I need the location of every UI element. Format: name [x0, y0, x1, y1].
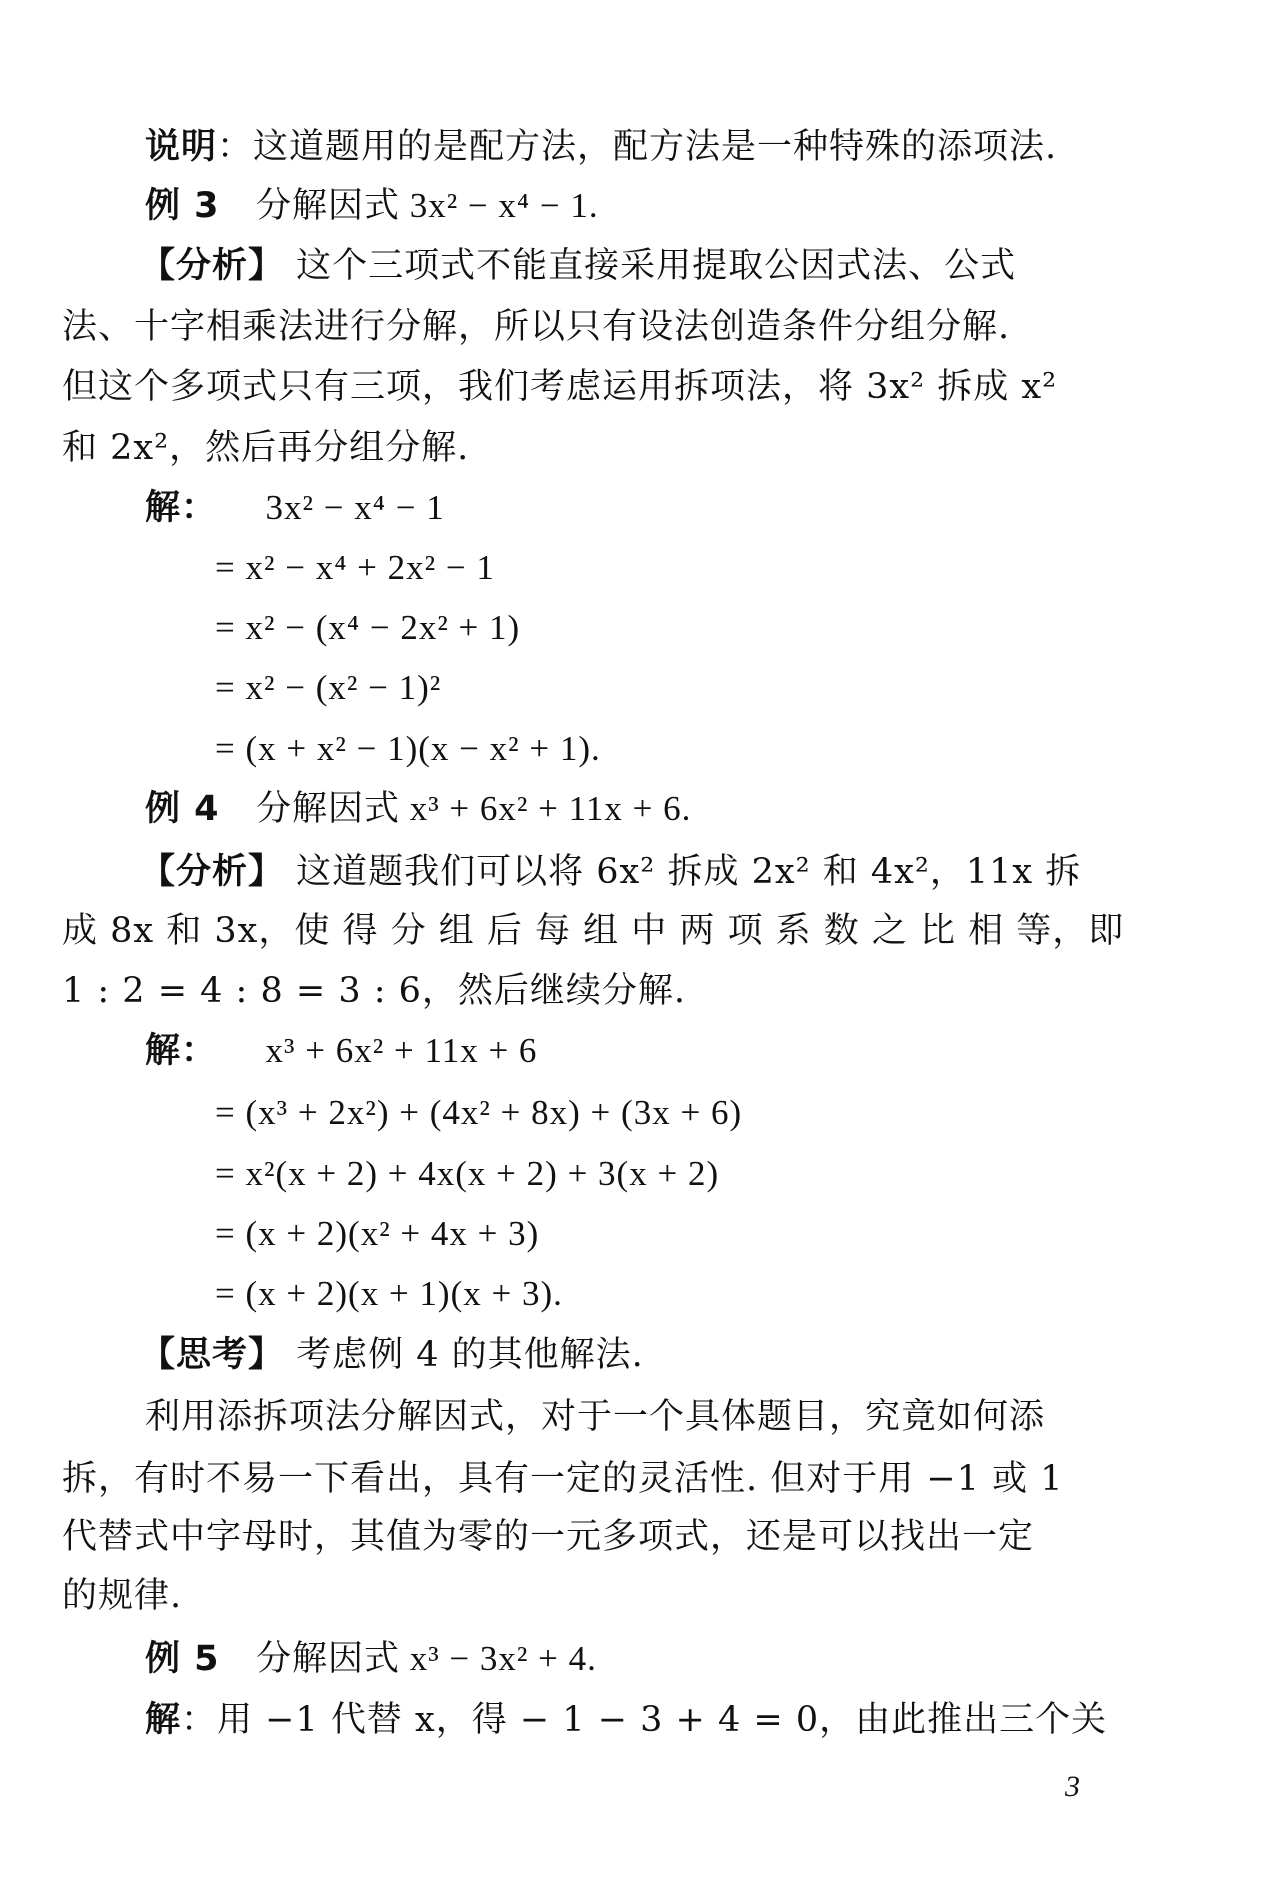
example-text: 分解因式 3x² − x⁴ − 1. — [256, 186, 599, 225]
solution-label: 解 — [145, 1700, 181, 1740]
thinking-text: 考虑例 4 的其他解法. — [296, 1335, 644, 1375]
analysis-text: 这个三项式不能直接采用提取公因式法、公式 — [296, 246, 1016, 286]
analysis-label: 【分析】 — [140, 852, 284, 892]
note-line: 说明：这道题用的是配方法，配方法是一种特殊的添项法. — [145, 125, 1057, 169]
analysis-label: 【分析】 — [140, 246, 284, 286]
equation-step: = (x + x² − 1)(x − x² + 1). — [215, 727, 601, 771]
page-number: 3 — [1065, 1770, 1080, 1804]
example-5-title: 例 5 分解因式 x³ − 3x² + 4. — [145, 1637, 597, 1681]
equation: x³ + 6x² + 11x + 6 — [266, 1031, 538, 1070]
solution-text: ：用 −1 代替 x，得 − 1 − 3 + 4 = 0，由此推出三个关 — [181, 1700, 1107, 1740]
equation-step: = (x³ + 2x²) + (4x² + 8x) + (3x + 6) — [215, 1091, 742, 1135]
equation-step: = (x + 2)(x + 1)(x + 3). — [215, 1272, 563, 1316]
paragraph-line: 利用添拆项法分解因式，对于一个具体题目，究竟如何添 — [145, 1395, 1045, 1439]
equation-step: = x² − x⁴ + 2x² − 1 — [215, 546, 495, 590]
paragraph-line: 拆，有时不易一下看出，具有一定的灵活性. 但对于用 −1 或 1 — [62, 1457, 1064, 1501]
paragraph-line: 法、十字相乘法进行分解，所以只有设法创造条件分组分解. — [62, 305, 1010, 349]
example-3-title: 例 3 分解因式 3x² − x⁴ − 1. — [145, 184, 599, 228]
equation-step: = x² − (x⁴ − 2x² + 1) — [215, 606, 520, 650]
equation-step: = x² − (x² − 1)² — [215, 666, 441, 710]
analysis-text: 这道题我们可以将 6x² 拆成 2x² 和 4x²，11x 拆 — [296, 852, 1081, 892]
equation-step: = x²(x + 2) + 4x(x + 2) + 3(x + 2) — [215, 1152, 719, 1196]
example-4-title: 例 4 分解因式 x³ + 6x² + 11x + 6. — [145, 787, 691, 831]
solution-label: 解： — [145, 1031, 217, 1071]
solution-label: 解： — [145, 488, 217, 528]
solution-line: 解：用 −1 代替 x，得 − 1 − 3 + 4 = 0，由此推出三个关 — [145, 1698, 1107, 1742]
paragraph-line: 和 2x²，然后再分组分解. — [62, 426, 469, 470]
paragraph-line: 的规律. — [62, 1574, 182, 1618]
example-label: 例 5 — [145, 1639, 220, 1679]
example-label: 例 4 — [145, 789, 220, 829]
analysis-line: 【分析】 这道题我们可以将 6x² 拆成 2x² 和 4x²，11x 拆 — [140, 850, 1081, 894]
paragraph-line: 但这个多项式只有三项，我们考虑运用拆项法，将 3x² 拆成 x² — [62, 365, 1057, 409]
equation-step: = (x + 2)(x² + 4x + 3) — [215, 1212, 539, 1256]
paragraph-line: 成 8x 和 3x，使 得 分 组 后 每 组 中 两 项 系 数 之 比 相 … — [62, 909, 1124, 953]
analysis-line: 【分析】 这个三项式不能直接采用提取公因式法、公式 — [140, 244, 1016, 288]
note-label: 说明 — [145, 127, 217, 167]
equation: 3x² − x⁴ − 1 — [266, 488, 445, 527]
paragraph-line: 1 : 2 = 4 : 8 = 3 : 6，然后继续分解. — [62, 969, 686, 1013]
note-text: ：这道题用的是配方法，配方法是一种特殊的添项法. — [217, 127, 1057, 167]
example-label: 例 3 — [145, 186, 220, 226]
solution-line: 解： 3x² − x⁴ − 1 — [145, 486, 445, 530]
paragraph-line: 代替式中字母时，其值为零的一元多项式，还是可以找出一定 — [62, 1515, 1034, 1559]
example-text: 分解因式 x³ + 6x² + 11x + 6. — [256, 789, 691, 828]
thinking-label: 【思考】 — [140, 1335, 284, 1375]
thinking-line: 【思考】 考虑例 4 的其他解法. — [140, 1333, 644, 1377]
solution-line: 解： x³ + 6x² + 11x + 6 — [145, 1029, 537, 1073]
example-text: 分解因式 x³ − 3x² + 4. — [256, 1639, 597, 1678]
